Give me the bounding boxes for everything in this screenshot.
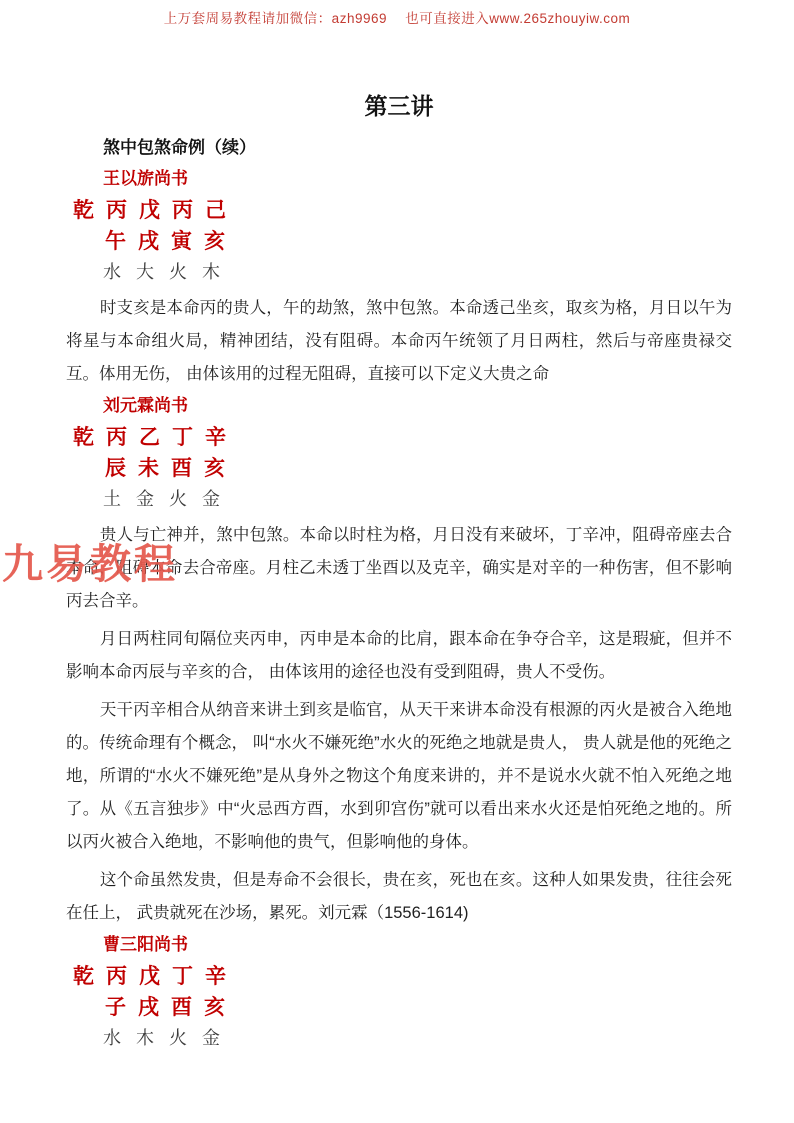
chart-branches-row: 子戌酉亥 — [66, 994, 732, 1022]
page-title: 第三讲 — [66, 92, 732, 120]
section-heading: 煞中包煞命例（续） — [66, 138, 732, 158]
watermark: 九易教程 — [2, 544, 178, 585]
bazi-chart-2: 刘元霖尚书 乾丙乙丁辛 辰未酉亥 土金火金 — [66, 396, 732, 512]
chart-stems-row: 乾丙乙丁辛 — [66, 424, 732, 452]
chart-nayin-row: 土金火金 — [66, 486, 732, 512]
paragraph: 天干丙辛相合从纳音来讲土到亥是临官，从天干来讲本命没有根源的丙火是被合入绝地的。… — [66, 694, 732, 859]
bazi-chart-1: 王以旂尚书 乾丙戊丙己 午戌寅亥 水大火木 — [66, 169, 732, 285]
chart-owner-name: 王以旂尚书 — [66, 169, 732, 189]
document-page: 上万套周易教程请加微信：azh9969 也可直接进入www.265zhouyiw… — [0, 0, 794, 1123]
chart-branches-row: 午戌寅亥 — [66, 228, 732, 256]
chart-owner-name: 刘元霖尚书 — [66, 396, 732, 416]
paragraph: 月日两柱同旬隔位夹丙申，丙申是本命的比肩，跟本命在争夺合辛，这是瑕疵，但并不影响… — [66, 623, 732, 689]
bazi-chart-3: 曹三阳尚书 乾丙戊丁辛 子戌酉亥 水木火金 — [66, 935, 732, 1051]
paragraph: 时支亥是本命丙的贵人，午的劫煞，煞中包煞。本命透己坐亥，取亥为格，月日以午为将星… — [66, 292, 732, 391]
paragraph: 这个命虽然发贵，但是寿命不会很长，贵在亥，死也在亥。这种人如果发贵，往往会死在任… — [66, 864, 732, 930]
chart-nayin-row: 水木火金 — [66, 1025, 732, 1051]
chart-stems-row: 乾丙戊丙己 — [66, 197, 732, 225]
chart-stems-row: 乾丙戊丁辛 — [66, 963, 732, 991]
chart-owner-name: 曹三阳尚书 — [66, 935, 732, 955]
page-header-note: 上万套周易教程请加微信：azh9969 也可直接进入www.265zhouyiw… — [0, 7, 794, 27]
chart-nayin-row: 水大火木 — [66, 259, 732, 285]
chart-branches-row: 辰未酉亥 — [66, 455, 732, 483]
